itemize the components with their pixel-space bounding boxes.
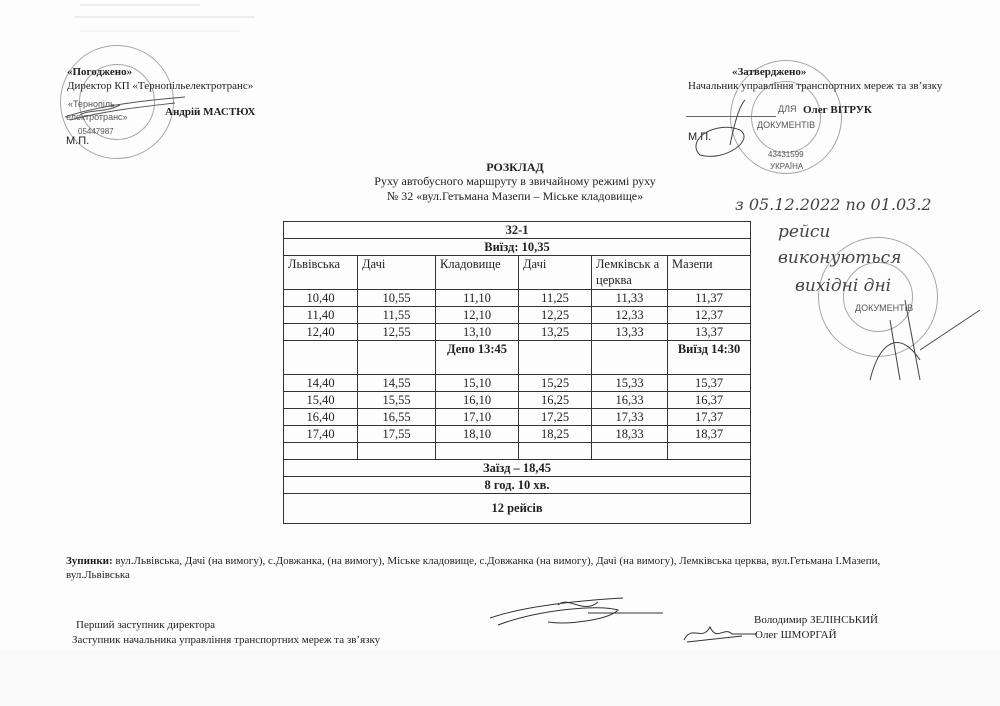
column-header: Кладовище xyxy=(436,256,519,290)
signature-zelinskyi-icon xyxy=(488,590,668,630)
column-header: Лемківськ а церква xyxy=(592,256,668,290)
cell: 11,40 xyxy=(284,307,358,324)
column-header: Дачі xyxy=(519,256,592,290)
column-header: Мазепи xyxy=(668,256,751,290)
cell: 15,55 xyxy=(358,392,436,409)
cell: 11,10 xyxy=(436,290,519,307)
cell: 16,55 xyxy=(358,409,436,426)
table-row: 10,40 10,55 11,10 11,25 11,33 11,37 xyxy=(284,290,751,307)
cell: 17,10 xyxy=(436,409,519,426)
cell xyxy=(592,341,668,375)
empty-row xyxy=(284,443,751,460)
cell: 17,55 xyxy=(358,426,436,443)
cell xyxy=(284,341,358,375)
cell xyxy=(284,443,358,460)
header-row: Львівська Дачі Кладовище Дачі Лемківськ … xyxy=(284,256,751,290)
cell: 13,33 xyxy=(592,324,668,341)
cell: 18,37 xyxy=(668,426,751,443)
cell: 17,37 xyxy=(668,409,751,426)
stops-text-cont: вул.Львівська xyxy=(66,569,130,581)
cell xyxy=(358,443,436,460)
stamp-right-text-1: ДЛЯ xyxy=(778,104,797,114)
return-row: Заїзд – 18,45 xyxy=(284,460,751,477)
cell: 17,40 xyxy=(284,426,358,443)
title-line-2: № 32 «вул.Гетьмана Мазепи – Міське кладо… xyxy=(340,189,690,204)
cell: 13,25 xyxy=(519,324,592,341)
signature-shmorhai-icon xyxy=(682,622,757,644)
cell: 12,25 xyxy=(519,307,592,324)
cell xyxy=(592,443,668,460)
cell: 16,33 xyxy=(592,392,668,409)
cell: 13,10 xyxy=(436,324,519,341)
cell: 18,33 xyxy=(592,426,668,443)
signer-left-title-2: Заступник начальника управління транспор… xyxy=(72,634,380,646)
resume-departure-time: Виїзд 14:30 xyxy=(668,341,751,375)
schedule-table: 32-1 Виїзд: 10,35 Львівська Дачі Кладови… xyxy=(283,221,751,524)
cell: 17,33 xyxy=(592,409,668,426)
trip-count: 12 рейсів xyxy=(284,494,751,524)
cell: 11,37 xyxy=(668,290,751,307)
signer-left-title-1: Перший заступник директора xyxy=(76,619,215,631)
route-code-row: 32-1 xyxy=(284,222,751,239)
table-row: 14,40 14,55 15,10 15,25 15,33 15,37 xyxy=(284,375,751,392)
signature-left-icon xyxy=(60,95,190,125)
table-row: 11,40 11,55 12,10 12,25 12,33 12,37 xyxy=(284,307,751,324)
cell: 18,10 xyxy=(436,426,519,443)
cell: 16,25 xyxy=(519,392,592,409)
cell: 15,37 xyxy=(668,375,751,392)
cell: 10,40 xyxy=(284,290,358,307)
cell: 18,25 xyxy=(519,426,592,443)
cell: 14,40 xyxy=(284,375,358,392)
document-title: РОЗКЛАД Руху автобусного маршруту в звич… xyxy=(340,160,690,204)
stamp-right-text-3: 43431599 xyxy=(768,150,804,159)
table-row: 17,40 17,55 18,10 18,25 18,33 18,37 xyxy=(284,426,751,443)
table-row: 12,40 12,55 13,10 13,25 13,33 13,37 xyxy=(284,324,751,341)
approval-right-position: Начальник управління транспортних мереж … xyxy=(688,80,942,92)
cell: 11,33 xyxy=(592,290,668,307)
cell: 13,37 xyxy=(668,324,751,341)
stops-text: вул.Львівська, Дачі (на вимогу), с.Довжа… xyxy=(115,555,880,567)
signer-right-name-1: Володимир ЗЕЛІНСЬКИЙ xyxy=(754,614,878,626)
signature-right-icon xyxy=(685,100,765,165)
scan-artifact xyxy=(80,30,240,32)
cell: 12,33 xyxy=(592,307,668,324)
scan-artifact xyxy=(80,4,200,6)
cell: 11,55 xyxy=(358,307,436,324)
approval-right-name: Олег ВІТРУК xyxy=(803,104,872,116)
approval-left-mp: М.П. xyxy=(66,135,89,147)
column-header: Дачі xyxy=(358,256,436,290)
cell: 12,40 xyxy=(284,324,358,341)
title-line-1: Руху автобусного маршруту в звичайному р… xyxy=(340,174,690,189)
total-duration: 8 год. 10 хв. xyxy=(284,477,751,494)
cell: 12,10 xyxy=(436,307,519,324)
cell: 16,40 xyxy=(284,409,358,426)
handwritten-note-line-1: з 05.12.2022 по 01.03.2 xyxy=(735,195,932,214)
cell: 12,37 xyxy=(668,307,751,324)
signature-note-icon xyxy=(860,300,980,380)
table-row: 16,40 16,55 17,10 17,25 17,33 17,37 xyxy=(284,409,751,426)
route-code: 32-1 xyxy=(284,222,751,239)
departure-time: Виїзд: 10,35 xyxy=(284,239,751,256)
approval-left-label: «Погоджено» xyxy=(67,66,132,78)
cell: 15,33 xyxy=(592,375,668,392)
scan-artifact xyxy=(0,650,1000,706)
depot-time: Депо 13:45 xyxy=(436,341,519,375)
cell: 12,55 xyxy=(358,324,436,341)
cell: 14,55 xyxy=(358,375,436,392)
cell: 17,25 xyxy=(519,409,592,426)
cell: 16,10 xyxy=(436,392,519,409)
scan-artifact xyxy=(75,16,255,18)
signer-right-name-2: Олег ШМОРГАЙ xyxy=(755,629,837,641)
cell xyxy=(519,341,592,375)
break-row: Депо 13:45 Виїзд 14:30 xyxy=(284,341,751,375)
cell xyxy=(358,341,436,375)
cell: 11,25 xyxy=(519,290,592,307)
cell xyxy=(668,443,751,460)
table-row: 15,40 15,55 16,10 16,25 16,33 16,37 xyxy=(284,392,751,409)
cell: 15,10 xyxy=(436,375,519,392)
stops-label: Зупинки: xyxy=(66,555,113,567)
duration-row: 8 год. 10 хв. xyxy=(284,477,751,494)
handwritten-note-line-2: рейси xyxy=(778,222,830,242)
trips-row: 12 рейсів xyxy=(284,494,751,524)
handwritten-note-line-3: виконуються xyxy=(778,248,901,268)
departure-row: Виїзд: 10,35 xyxy=(284,239,751,256)
cell xyxy=(519,443,592,460)
stops-block: Зупинки: вул.Львівська, Дачі (на вимогу)… xyxy=(66,554,986,582)
cell: 10,55 xyxy=(358,290,436,307)
cell: 15,40 xyxy=(284,392,358,409)
approval-left-position: Директор КП «Тернопільелектротранс» xyxy=(67,80,253,92)
stamp-right-text-2: ДОКУМЕНТІВ xyxy=(757,120,815,130)
return-time: Заїзд – 18,45 xyxy=(284,460,751,477)
column-header: Львівська xyxy=(284,256,358,290)
cell xyxy=(436,443,519,460)
cell: 16,37 xyxy=(668,392,751,409)
title-heading: РОЗКЛАД xyxy=(340,160,690,174)
handwritten-note-line-4: вихідні дні xyxy=(795,276,891,296)
cell: 15,25 xyxy=(519,375,592,392)
stamp-right-text-4: УКРАЇНА xyxy=(770,162,803,171)
approval-right-label: «Затверджено» xyxy=(732,66,806,78)
